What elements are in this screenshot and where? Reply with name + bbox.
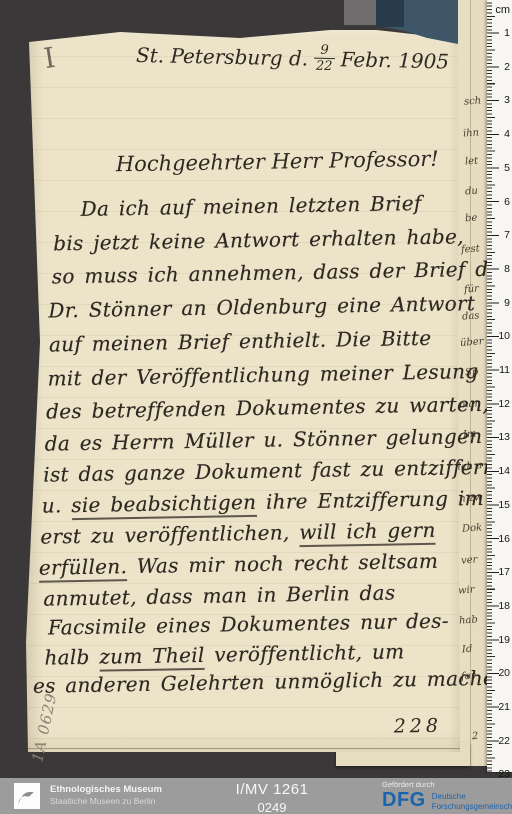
ruler-number: 6	[504, 196, 510, 208]
phrase: ihre Entzifferung im	[256, 486, 484, 514]
ruler-number: 12	[498, 398, 510, 410]
letter-line: mit der Veröffentlichung meiner Lesung	[47, 359, 478, 391]
salutation: Hochgeehrter Herr Professor!	[116, 147, 439, 177]
ruler-number: 17	[498, 566, 510, 578]
date-fraction-top: 9	[320, 44, 329, 58]
date-fraction-bottom: 22	[314, 57, 335, 73]
inventory-number: I/MV 1261	[236, 781, 309, 798]
museum-text: Ethnologisches Museum Staatliche Museen …	[50, 784, 162, 807]
ruler-number: 4	[504, 128, 510, 140]
letter-line: erfüllen. Was mir noch recht seltsam	[39, 549, 439, 580]
phrase: da es Herrn Müller u. Stönner gelungen	[45, 424, 483, 456]
letter-line: ist das ganze Dokument fast zu entziffer…	[43, 455, 496, 487]
phrase: erst zu veröffentlichen,	[40, 520, 299, 549]
ruler-number: 18	[498, 600, 510, 612]
underlined-phrase: sie beabsichtigen	[71, 490, 256, 520]
letter-line: Facsimile eines Dokumentes nur des-	[48, 609, 449, 640]
ruler-number: 16	[498, 533, 510, 545]
ruler-number: 15	[498, 499, 510, 511]
museum-logo	[14, 783, 40, 809]
letter-line: halb zum Theil veröffentlicht, um	[44, 639, 404, 669]
ruler-number: 9	[504, 297, 510, 309]
letter-line: anmutet, dass man in Berlin das	[43, 580, 395, 610]
ruler-number: 2	[504, 61, 510, 73]
ruler-number: 13	[498, 431, 510, 443]
footer-bar: Ethnologisches Museum Staatliche Museen …	[0, 778, 512, 814]
handwriting-layer: I St. Petersburg d. 9 22 Febr. 1905 Hoch…	[0, 0, 512, 814]
funder-block: Gefördert durch DFG Deutsche Forschungsg…	[382, 780, 512, 811]
folio-mark: I	[41, 41, 57, 75]
ruler-number: 10	[498, 330, 510, 342]
page-number: 228	[394, 715, 443, 738]
ruler-number: 21	[498, 701, 510, 713]
letter-line: des betreffenden Dokumentes zu warten,	[46, 392, 489, 424]
ruler-number: 19	[498, 634, 510, 646]
inventory-number-block: I/MV 1261 0249	[236, 781, 309, 814]
letter-line: da es Herrn Müller u. Stönner gelungen	[45, 424, 483, 456]
letter-line: bis jetzt keine Antwort erhalten habe,	[53, 224, 464, 255]
underlined-phrase: will ich gern	[299, 518, 436, 547]
ruler-number: 7	[504, 229, 510, 241]
phrase: so muss ich annehmen, dass der Brief des	[52, 256, 512, 288]
letter-line: erst zu veröffentlichen, will ich gern	[40, 518, 436, 549]
phrase: Da ich auf meinen letzten Brief	[80, 191, 421, 221]
phrase: des betreffenden Dokumentes zu warten,	[46, 392, 489, 424]
dfg-logo: DFG	[382, 790, 426, 810]
ruler-unit-label: cm	[495, 4, 510, 16]
phrase: veröffentlicht, um	[204, 639, 404, 666]
museum-name: Ethnologisches Museum	[50, 784, 162, 796]
ruler-number: 3	[504, 94, 510, 106]
phrase: Was mir noch recht seltsam	[127, 549, 438, 578]
inventory-stamp: 1A 0629	[28, 691, 60, 764]
ruler-number: 8	[504, 263, 510, 275]
ruler-number: 14	[498, 465, 510, 477]
phrase: Dr. Stönner an Oldenburg eine Antwort	[48, 291, 475, 322]
ruler: cm 1234567891011121314151617181920212223	[487, 0, 512, 772]
ruler-number: 11	[499, 364, 510, 376]
phrase: Facsimile eines Dokumentes nur des-	[48, 609, 449, 640]
letter-line: Da ich auf meinen letzten Brief	[80, 191, 421, 221]
dateline-place: St. Petersburg d.	[136, 43, 309, 71]
scan-page-number: 0249	[236, 800, 309, 814]
phrase: auf meinen Brief enthielt. Die Bitte	[49, 326, 432, 357]
dfg-name-line2: Forschungsgemeinschaft	[432, 802, 512, 812]
underlined-phrase: zum Theil	[99, 643, 205, 672]
museum-subtitle: Staatliche Museen zu Berlin	[50, 796, 162, 807]
museum-logo-mark	[14, 783, 40, 809]
letter-line: so muss ich annehmen, dass der Brief des	[52, 256, 512, 288]
phrase: halb	[44, 645, 99, 670]
date-fraction: 9 22	[314, 44, 335, 74]
funding-label: Gefördert durch	[382, 780, 512, 789]
letter-line: u. sie beabsichtigen ihre Entzifferung i…	[42, 486, 484, 518]
phrase: ist das ganze Dokument fast zu entziffer…	[43, 455, 496, 487]
phrase: anmutet, dass man in Berlin das	[43, 580, 395, 610]
document-scan: schihnletdubefestfürdasüberSpmanImIch ai…	[0, 0, 512, 814]
ruler-cm-ticks	[487, 0, 499, 772]
letter-line: auf meinen Brief enthielt. Die Bitte	[49, 326, 432, 357]
letter-body: Da ich auf meinen letzten Briefbis jetzt…	[0, 0, 505, 4]
dfg-row: DFG Deutsche Forschungsgemeinschaft	[382, 790, 512, 811]
phrase: u.	[42, 493, 72, 518]
ruler-number: 22	[498, 735, 510, 747]
dateline-month-year: Febr. 1905	[340, 47, 449, 73]
letter-line: Dr. Stönner an Oldenburg eine Antwort	[48, 291, 475, 322]
dateline: St. Petersburg d. 9 22 Febr. 1905	[136, 40, 450, 76]
dfg-name-line1: Deutsche	[432, 792, 512, 802]
ruler-number: 5	[504, 162, 510, 174]
dfg-name: Deutsche Forschungsgemeinschaft	[432, 792, 512, 811]
phrase: mit der Veröffentlichung meiner Lesung	[47, 359, 478, 391]
ruler-number: 1	[504, 27, 510, 39]
phrase: bis jetzt keine Antwort erhalten habe,	[53, 224, 464, 255]
underlined-phrase: erfüllen.	[39, 554, 128, 583]
ruler-number: 20	[498, 667, 510, 679]
